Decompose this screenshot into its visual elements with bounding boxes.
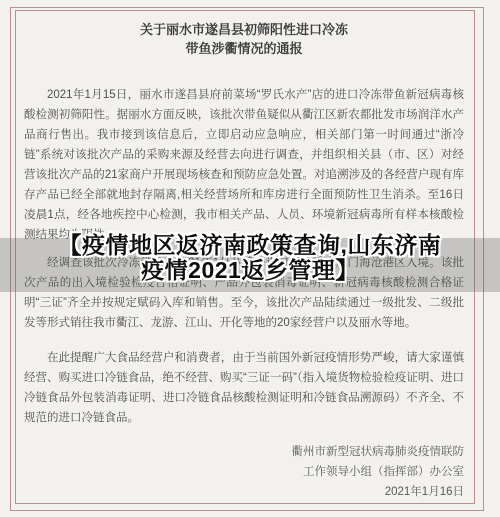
notice-content: 关于丽水市遂昌县初筛阳性进口冷冻 带鱼涉衢情况的通报 2021年1月15日，丽水… — [24, 18, 464, 502]
notice-paragraph-reminder: 在此提醒广大食品经营户和消费者，由于当前国外新冠疫情形势严峻，请大家谨慎经营、购… — [24, 348, 464, 428]
notice-paragraph-traceability: 经调查该批次冷冻带鱼于2021年1月从境外进口报关后由厦门海沧港区入境。该批次产… — [24, 253, 464, 333]
signature-block: 衢州市新型冠状病毒肺炎疫情联防 工作领导小组（指挥部）办公室 2021年1月16… — [24, 442, 464, 502]
notice-title: 关于丽水市遂昌县初筛阳性进口冷冻 带鱼涉衢情况的通报 — [24, 20, 464, 58]
notice-title-line2: 带鱼涉衢情况的通报 — [24, 39, 464, 58]
notice-page: 关于丽水市遂昌县初筛阳性进口冷冻 带鱼涉衢情况的通报 2021年1月15日，丽水… — [0, 0, 500, 517]
signature-date: 2021年1月16日 — [24, 482, 464, 502]
notice-paragraph-investigation: 2021年1月15日，丽水市遂昌县府前菜场“罗氏水产”店的进口冷冻带鱼新冠病毒核… — [24, 85, 464, 245]
signature-office-line2: 工作领导小组（指挥部）办公室 — [24, 462, 464, 482]
notice-title-line1: 关于丽水市遂昌县初筛阳性进口冷冻 — [24, 20, 464, 39]
signature-office-line1: 衢州市新型冠状病毒肺炎疫情联防 — [24, 442, 464, 462]
